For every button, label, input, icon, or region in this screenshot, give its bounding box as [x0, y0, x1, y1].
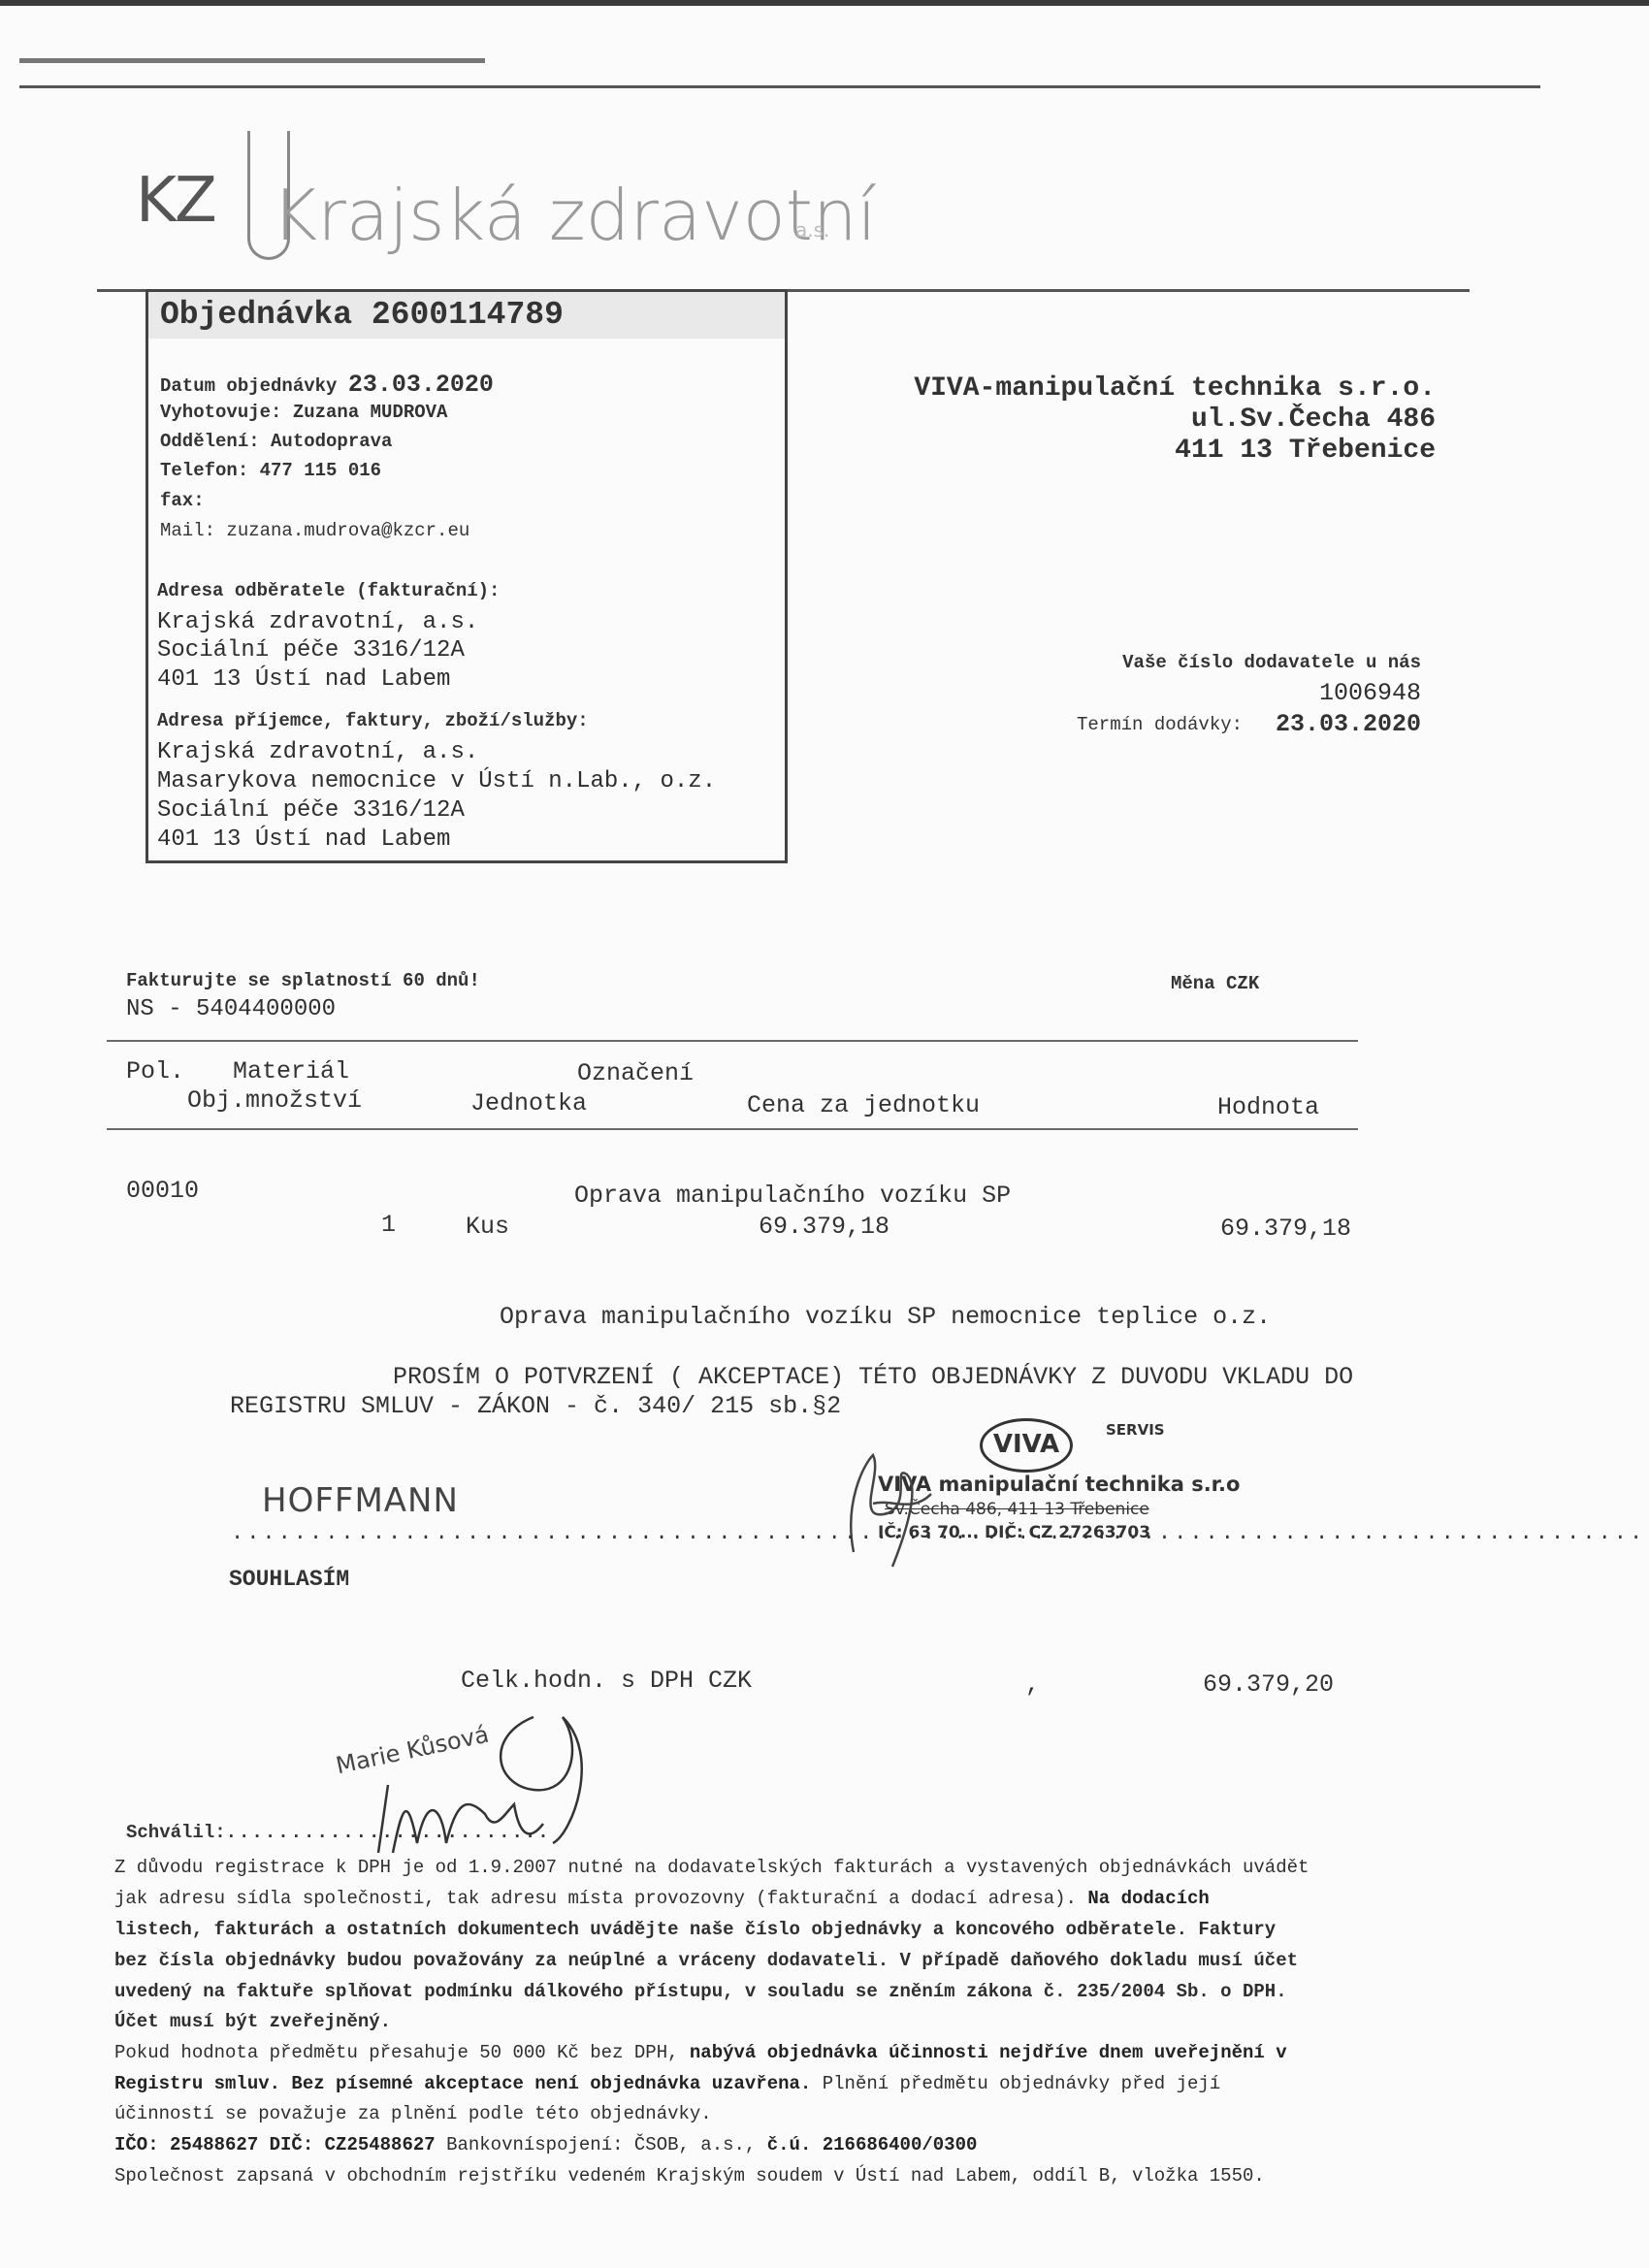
agree-label: SOUHLASÍM: [229, 1567, 349, 1592]
supplier-number-label: Vaše číslo dodavatele u nás: [1122, 652, 1421, 673]
legal-line: Z důvodu registrace k DPH je od 1.9.2007…: [114, 1857, 1309, 1878]
col-header-material: Materiál: [233, 1057, 349, 1085]
supplier-street: ul.Sv.Čecha 486: [1191, 405, 1436, 435]
phone: Telefon: 477 115 016: [160, 460, 381, 481]
billing-address-line: Sociální péče 3316/12A: [157, 637, 465, 664]
scan-artifact-line: [19, 58, 485, 63]
logo-suffix: a.s.: [795, 218, 829, 242]
col-header-designation: Označení: [577, 1059, 694, 1087]
recipient-address-line: 401 13 Ústí nad Labem: [157, 826, 450, 853]
billing-address-line: Krajská zdravotní, a.s.: [157, 609, 478, 635]
row-pol: 00010: [126, 1177, 199, 1205]
remark-line: Oprava manipulačního vozíku SP nemocnice…: [500, 1303, 1271, 1331]
total-label: Celk.hodn. s DPH CZK: [461, 1667, 752, 1695]
legal-line: Registru smluv. Bez písemné akceptace ne…: [114, 2073, 1220, 2094]
supplier-name: VIVA-manipulační technika s.r.o.: [914, 373, 1436, 404]
approval-label: Schválil:.........................: [126, 1822, 551, 1843]
row-qty: 1: [381, 1211, 396, 1239]
total-comma-mark: ,: [1025, 1670, 1040, 1699]
supplier-signature-icon: [834, 1445, 941, 1571]
col-header-unit-price: Cena za jednotku: [747, 1091, 980, 1119]
legal-line: účinností se považuje za plnění podle té…: [114, 2103, 712, 2124]
order-number: 2600114789: [372, 297, 564, 333]
legal-line: jak adresu sídla společnosti, tak adresu…: [114, 1888, 1210, 1909]
department: Oddělení: Autodoprava: [160, 431, 392, 452]
table-top-rule: [107, 1040, 1358, 1042]
row-unit: Kus: [466, 1213, 509, 1241]
billing-address-line: 401 13 Ústí nad Labem: [157, 666, 450, 693]
fax: fax:: [160, 490, 205, 511]
scan-top-edge: [0, 0, 1649, 6]
table-header-rule: [107, 1128, 1358, 1130]
order-title: Objednávka 2600114789: [160, 297, 564, 333]
prepared-by: Vyhotovuje: Zuzana MUDROVA: [160, 402, 447, 423]
payment-terms: Fakturujte se splatností 60 dnů!: [126, 970, 480, 991]
col-header-unit: Jednotka: [470, 1089, 587, 1118]
row-designation: Oprava manipulačního vozíku SP: [574, 1182, 1011, 1210]
col-header-qty: Obj.množství: [187, 1086, 362, 1115]
mail: Mail: zuzana.mudrova@kzcr.eu: [160, 520, 469, 541]
row-value: 69.379,18: [1220, 1215, 1351, 1243]
recipient-address-line: Sociální péče 3316/12A: [157, 797, 465, 824]
legal-line: listech, fakturách a ostatních dokumente…: [114, 1919, 1276, 1940]
recipient-address-label: Adresa příjemce, faktury, zboží/služby:: [157, 710, 589, 731]
supplier-city: 411 13 Třebenice: [1175, 436, 1436, 466]
delivery-date-label: Termín dodávky:: [1077, 714, 1243, 735]
approval-label-text: Schválil:: [126, 1822, 226, 1843]
company-ids: IČO: 25488627 DIČ: CZ25488627 Bankovnísp…: [114, 2134, 977, 2155]
ns-number: NS - 5404400000: [126, 996, 336, 1022]
signature-line: ........................................…: [231, 1521, 1649, 1545]
request-line-1: PROSÍM O POTVRZENÍ ( AKCEPTACE) TÉTO OBJ…: [393, 1363, 1353, 1391]
legal-line: bez čísla objednávky budou považovány za…: [114, 1950, 1298, 1971]
billing-address-label: Adresa odběratele (fakturační):: [157, 580, 500, 601]
header-rule: [19, 85, 1540, 88]
order-date: Datum objednávky 23.03.2020: [160, 371, 494, 399]
col-header-pol: Pol.: [126, 1057, 184, 1085]
supplier-number: 1006948: [1319, 679, 1421, 707]
logo-name: Krajská zdravotní: [272, 175, 877, 256]
order-date-value: 23.03.2020: [348, 371, 494, 399]
recipient-address-line: Masarykova nemocnice v Ústí n.Lab., o.z.: [157, 768, 716, 794]
order-date-label: Datum objednávky: [160, 375, 337, 397]
legal-line: Účet musí být zveřejněný.: [114, 2011, 391, 2032]
total-value: 69.379,20: [1203, 1670, 1334, 1699]
legal-line: uvedený na faktuře splňovat podmínku dál…: [114, 1981, 1287, 2002]
stamp-servis: SERVIS: [1106, 1421, 1165, 1439]
order-title-label: Objednávka: [160, 297, 352, 333]
col-header-value: Hodnota: [1217, 1093, 1319, 1121]
stamp-logo: VIVA: [980, 1418, 1073, 1473]
logo-mark: KZ: [136, 165, 215, 237]
delivery-date: 23.03.2020: [1276, 710, 1421, 738]
registry-note: Společnost zapsaná v obchodním rejstříku…: [114, 2165, 1265, 2187]
handwritten-name: HOFFMANN: [262, 1481, 459, 1520]
request-line-2: REGISTRU SMLUV - ZÁKON - č. 340/ 215 sb.…: [230, 1392, 841, 1420]
row-unit-price: 69.379,18: [759, 1213, 889, 1241]
legal-line: Pokud hodnota předmětu přesahuje 50 000 …: [114, 2042, 1287, 2063]
currency: Měna CZK: [1171, 973, 1259, 994]
recipient-address-line: Krajská zdravotní, a.s.: [157, 739, 478, 765]
